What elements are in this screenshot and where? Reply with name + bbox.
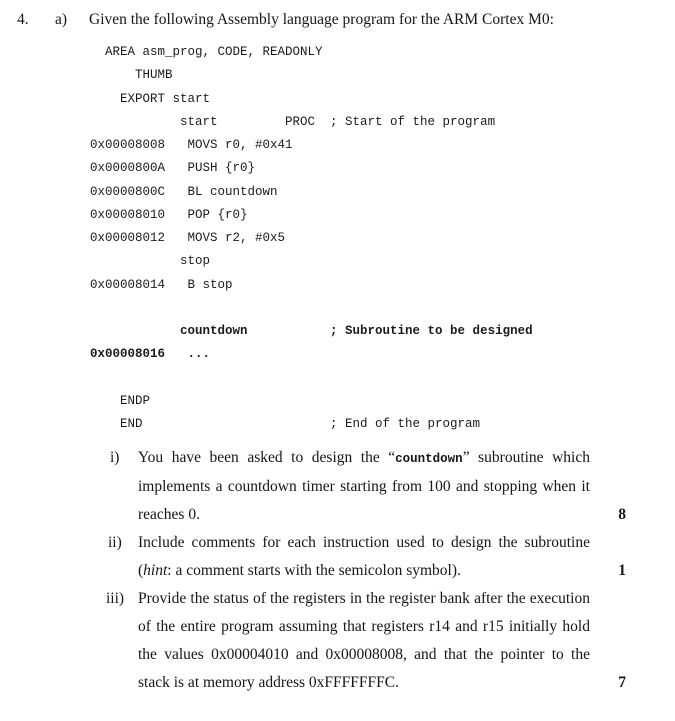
code-line: 0x00008008 MOVS r0, #0x41	[90, 134, 533, 157]
question-item-i: i) You have been asked to design the “co…	[138, 444, 590, 529]
item-text: You have been asked to design the “	[138, 449, 395, 466]
code-line-countdown-label: countdown ; Subroutine to be designed	[90, 320, 533, 343]
marks-badge-ii: 1	[618, 557, 626, 585]
question-heading: Given the following Assembly language pr…	[89, 9, 554, 31]
code-line: start PROC ; Start of the program	[90, 111, 533, 134]
code-line: 0x0000800A PUSH {r0}	[90, 157, 533, 180]
code-line-blank	[90, 367, 533, 390]
question-part-label: a)	[55, 9, 67, 31]
code-line: AREA asm_prog, CODE, READONLY	[90, 41, 533, 64]
item-italic-word: hint	[143, 562, 167, 579]
item-text: : a comment starts with the semicolon sy…	[167, 562, 461, 579]
assembly-code-block: AREA asm_prog, CODE, READONLY THUMB EXPO…	[90, 41, 533, 436]
marks-badge-i: 8	[618, 501, 626, 529]
code-line: END ; End of the program	[90, 413, 533, 436]
question-item-iii: iii) Provide the status of the registers…	[138, 585, 590, 697]
document-page: 4. a) Given the following Assembly langu…	[0, 0, 675, 721]
marks-badge-iii: 7	[618, 669, 626, 697]
code-line: 0x00008012 MOVS r2, #0x5	[90, 227, 533, 250]
code-line: EXPORT start	[90, 88, 533, 111]
item-mono-word: countdown	[395, 452, 463, 466]
item-label-i: i)	[110, 444, 119, 472]
question-list: i) You have been asked to design the “co…	[138, 444, 590, 697]
code-line-countdown-body: 0x00008016 ...	[90, 343, 533, 366]
item-label-iii: iii)	[106, 585, 124, 613]
code-line: stop	[90, 250, 533, 273]
code-line: 0x0000800C BL countdown	[90, 181, 533, 204]
question-item-ii: ii) Include comments for each instructio…	[138, 529, 590, 585]
code-line: 0x00008014 B stop	[90, 274, 533, 297]
question-number: 4.	[17, 9, 29, 31]
code-line: THUMB	[90, 64, 533, 87]
item-text: Provide the status of the registers in t…	[138, 590, 590, 691]
code-line: ENDP	[90, 390, 533, 413]
code-line: 0x00008010 POP {r0}	[90, 204, 533, 227]
item-label-ii: ii)	[108, 529, 122, 557]
code-line-blank	[90, 297, 533, 320]
